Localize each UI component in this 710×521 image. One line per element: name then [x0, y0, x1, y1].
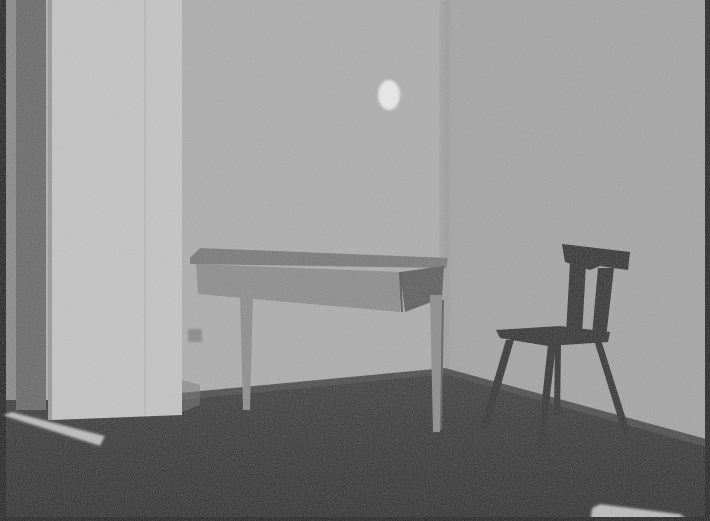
light-reflection	[378, 80, 400, 110]
room-scene	[0, 0, 710, 521]
side-wall	[445, 0, 710, 445]
open-door	[48, 0, 182, 420]
photo-frame: Black-and-white film still of a bare roo…	[0, 0, 710, 521]
frame-edge-right	[705, 0, 710, 521]
wall-socket	[188, 329, 202, 342]
door-frame-edge	[0, 0, 6, 521]
